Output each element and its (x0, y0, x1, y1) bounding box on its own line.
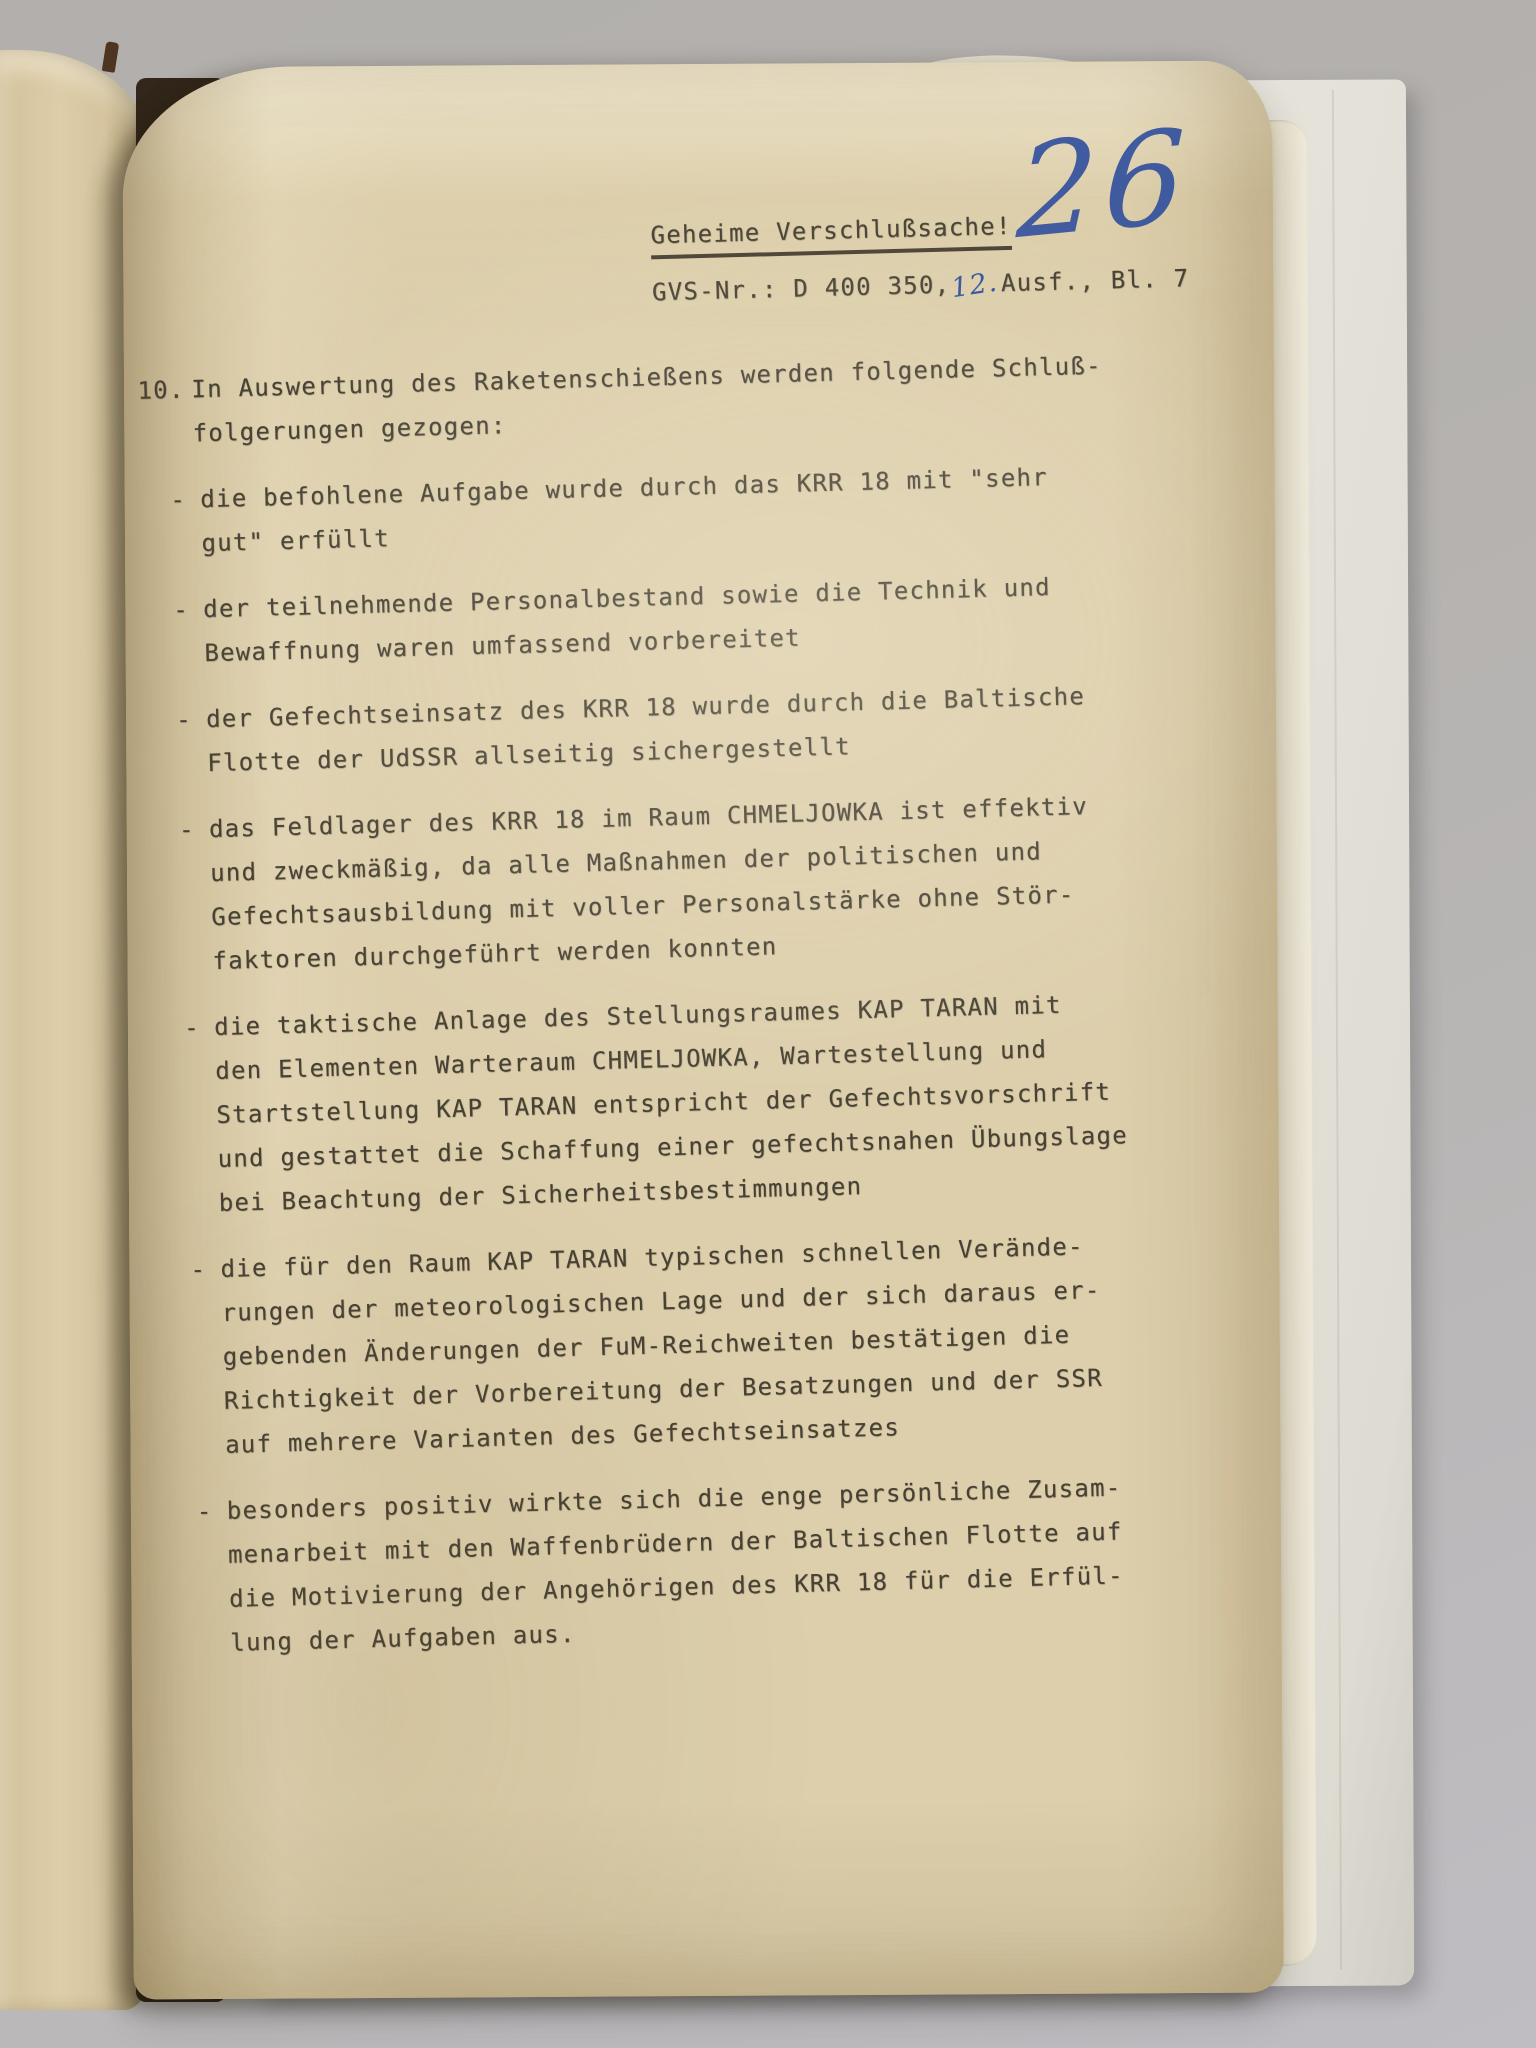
gvs-prefix: GVS-Nr.: D 400 350, (652, 271, 951, 307)
bullet-dash: - (173, 587, 205, 676)
item-number: 10. (137, 367, 193, 456)
bullet-lines: die für den Raum KAP TARAN typischen sch… (220, 1224, 1105, 1467)
bullet-lines: das Feldlager des KRR 18 im Raum CHMELJO… (208, 784, 1091, 983)
typed-text-layer: Geheime Verschlußsache! GVS-Nr.: D 400 3… (101, 40, 1301, 2001)
list-item: - der Gefechtseinsatz des KRR 18 wurde d… (176, 673, 1119, 786)
list-item: - die taktische Anlage des Stellungsraum… (184, 981, 1130, 1226)
conclusion-list: - die befohlene Aufgabe wurde durch das … (170, 453, 1141, 1665)
bullet-lines: der teilnehmende Personalbestand sowie d… (203, 565, 1053, 675)
bullet-dash: - (176, 697, 208, 786)
handwritten-copy-number: 12. (948, 260, 1001, 312)
gvs-suffix: Ausf., Bl. 7 (1001, 264, 1190, 297)
list-item: - die für den Raum KAP TARAN typischen s… (190, 1223, 1136, 1468)
gvs-number-line: GVS-Nr.: D 400 350,12.Ausf., Bl. 7 (651, 255, 1189, 315)
handwritten-page-number: 26 (1015, 113, 1192, 259)
document-body: 10. In Auswertung des Raketenschießens w… (137, 343, 1141, 1666)
list-item: - der teilnehmende Personalbestand sowie… (173, 563, 1116, 676)
bullet-lines: die befohlene Aufgabe wurde durch das KR… (200, 455, 1050, 565)
bullet-lines: der Gefechtseinsatz des KRR 18 wurde dur… (206, 674, 1087, 785)
bullet-dash: - (170, 477, 202, 566)
bullet-lines: die taktische Anlage des Stellungsraumes… (214, 981, 1130, 1225)
document-photo: Geheime Verschlußsache! GVS-Nr.: D 400 3… (0, 0, 1536, 2048)
bullet-dash: - (178, 807, 213, 984)
list-item: - das Feldlager des KRR 18 im Raum CHMEL… (178, 783, 1123, 984)
list-item: - besonders positiv wirkte sich die enge… (196, 1465, 1141, 1666)
numbered-paragraph: 10. In Auswertung des Raketenschießens w… (137, 343, 1110, 456)
document-page: Geheime Verschlußsache! GVS-Nr.: D 400 3… (122, 61, 1284, 2000)
classification-title: Geheime Verschlußsache! (650, 206, 1012, 259)
binder-spine-tab (102, 41, 120, 73)
bullet-lines: besonders positiv wirkte sich die enge p… (226, 1465, 1125, 1664)
paragraph-lines: In Auswertung des Raketenschießens werde… (191, 344, 1104, 456)
bullet-dash: - (196, 1489, 231, 1666)
list-item: - die befohlene Aufgabe wurde durch das … (170, 453, 1113, 566)
